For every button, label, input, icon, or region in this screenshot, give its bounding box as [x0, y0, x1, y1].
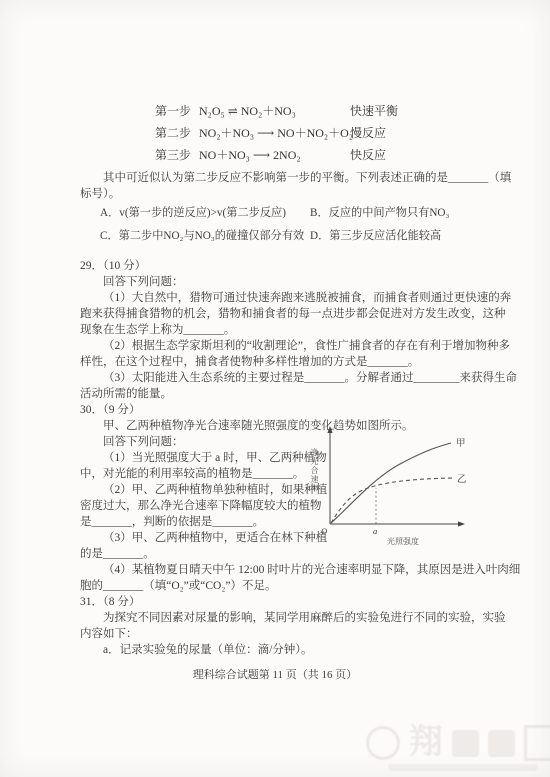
page-content: 第一步N₂O₅ ⇌ NO₂＋NO₃ 快速平衡 第二步NO₂＋NO₃ ⟶ NO＋N… [0, 0, 550, 682]
curve-jia [331, 443, 451, 523]
reaction-step-row: 第三步NO＋NO₃ ⟶ 2NO₂ 快反应 [80, 144, 470, 166]
watermark-logo-icon [366, 726, 400, 760]
photosynthesis-chart: 净光合速率 甲 乙 O a [300, 422, 470, 550]
question-line: 回答下列问题： [80, 274, 470, 290]
step-formula: N₂O₅ ⇌ NO₂＋NO₃ [199, 104, 296, 118]
watermark: 翔 [366, 725, 550, 771]
question-line: 跑来获得捕食猎物的机会，猎物和捕食者的每一点进步都会促进对方发生改变，这种 [80, 306, 470, 322]
chart-x-axis-label: 光照强度 [387, 536, 419, 546]
step-label: 第一步 [155, 100, 199, 122]
question-line: 活动所需的能量。 [80, 386, 470, 402]
question-line: （3）太阳能进入生态系统的主要过程是_______。分解者通过________来… [80, 370, 470, 386]
scanned-exam-page: 第一步N₂O₅ ⇌ NO₂＋NO₃ 快速平衡 第二步NO₂＋NO₃ ⟶ NO＋N… [0, 0, 550, 777]
options-row: A．v(第一步的逆反应)>v(第二步反应) B．反应的中间产物只有NO₃ [80, 202, 470, 225]
question-line: 内容如下： [80, 626, 470, 642]
curve-yi [331, 478, 453, 523]
question-number: 30．（9 分） [80, 402, 470, 418]
step-rate: 快反应 [350, 144, 386, 166]
options-row: C．第二步中NO₂与NO₃的碰撞仅部分有效 D．第三步反应活化能较高 [80, 225, 470, 248]
option-c: C．第二步中NO₂与NO₃的碰撞仅部分有效 [100, 230, 304, 242]
option-d: D．第三步反应活化能较高 [310, 225, 441, 248]
watermark-glyph [524, 725, 550, 761]
page-footer: 理科综合试题第 11 页（共 16 页） [80, 666, 470, 682]
question-line: 为探究不同因素对尿量的影响，某同学用麻醉后的实验兔进行不同的实验，实验 [80, 610, 470, 626]
option-b: B．反应的中间产物只有NO₃ [310, 202, 449, 225]
step-rate: 快速平衡 [350, 100, 398, 122]
curve-jia-label: 甲 [456, 438, 466, 449]
y-axis-arrow-icon [327, 426, 332, 433]
chart-canvas: 甲 乙 O a 光照强度 [300, 422, 470, 550]
question-number: 31．（8 分） [80, 594, 470, 610]
question-line: （2）根据生态学家斯坦利的“收割理论”，食性广捕食者的存在有利于增加物种多 [80, 338, 470, 354]
reaction-step-row: 第二步NO₂＋NO₃ ⟶ NO＋NO₂＋O₂ 慢反应 [80, 122, 470, 144]
curve-yi-label: 乙 [457, 474, 467, 485]
step-rate: 慢反应 [350, 122, 386, 144]
watermark-text: 翔 [409, 726, 443, 760]
question-30: 净光合速率 甲 乙 O a [80, 402, 470, 594]
step-formula: NO₂＋NO₃ ⟶ NO＋NO₂＋O₂ [199, 126, 353, 140]
watermark-glyph [452, 730, 479, 757]
question-stem: 标号）。 [80, 186, 470, 202]
question-line: a．记录实验兔的尿量（单位：滴/分钟）。 [80, 642, 470, 658]
question-line: 样性，在这个过程中，捕食者使物种多样性增加的方式是_______。 [80, 354, 470, 370]
question-31: 31．（8 分） 为探究不同因素对尿量的影响，某同学用麻醉后的实验兔进行不同的实… [80, 594, 470, 658]
step-label: 第三步 [155, 144, 199, 166]
question-line: 现象在生态学上称为_______。 [80, 322, 470, 338]
question-line: （4）某植物夏日晴天中午 12:00 时叶片的光合速率明显下降，其原因是进入叶肉… [80, 562, 470, 578]
question-stem: 其中可近似认为第二步反应不影响第一步的平衡。下列表述正确的是_______（填 [80, 170, 470, 186]
watermark-url-bar [388, 764, 538, 771]
question-29: 29．（10 分） 回答下列问题： （1）大自然中，猎物可通过快速奔跑来逃脱被捕… [80, 258, 470, 402]
question-28: 其中可近似认为第二步反应不影响第一步的平衡。下列表述正确的是_______（填 … [80, 170, 470, 248]
watermark-glyph [488, 730, 515, 757]
origin-label: O [321, 526, 327, 536]
reaction-step-row: 第一步N₂O₅ ⇌ NO₂＋NO₃ 快速平衡 [80, 100, 470, 122]
step-formula: NO＋NO₃ ⟶ 2NO₂ [199, 148, 301, 162]
watermark-row: 翔 [366, 725, 550, 761]
question-number: 29．（10 分） [80, 258, 470, 274]
x-axis-arrow-icon [458, 521, 465, 526]
option-a: A．v(第一步的逆反应)>v(第二步反应) [100, 207, 286, 219]
a-tick-label: a [373, 526, 377, 536]
step-label: 第二步 [155, 122, 199, 144]
question-line: （1）大自然中，猎物可通过快速奔跑来逃脱被捕食，而捕食者则通过更快速的奔 [80, 290, 470, 306]
reaction-mechanism: 第一步N₂O₅ ⇌ NO₂＋NO₃ 快速平衡 第二步NO₂＋NO₃ ⟶ NO＋N… [80, 100, 470, 166]
question-line: 胞的_______（填“O₂”或“CO₂”）不足。 [80, 578, 470, 594]
